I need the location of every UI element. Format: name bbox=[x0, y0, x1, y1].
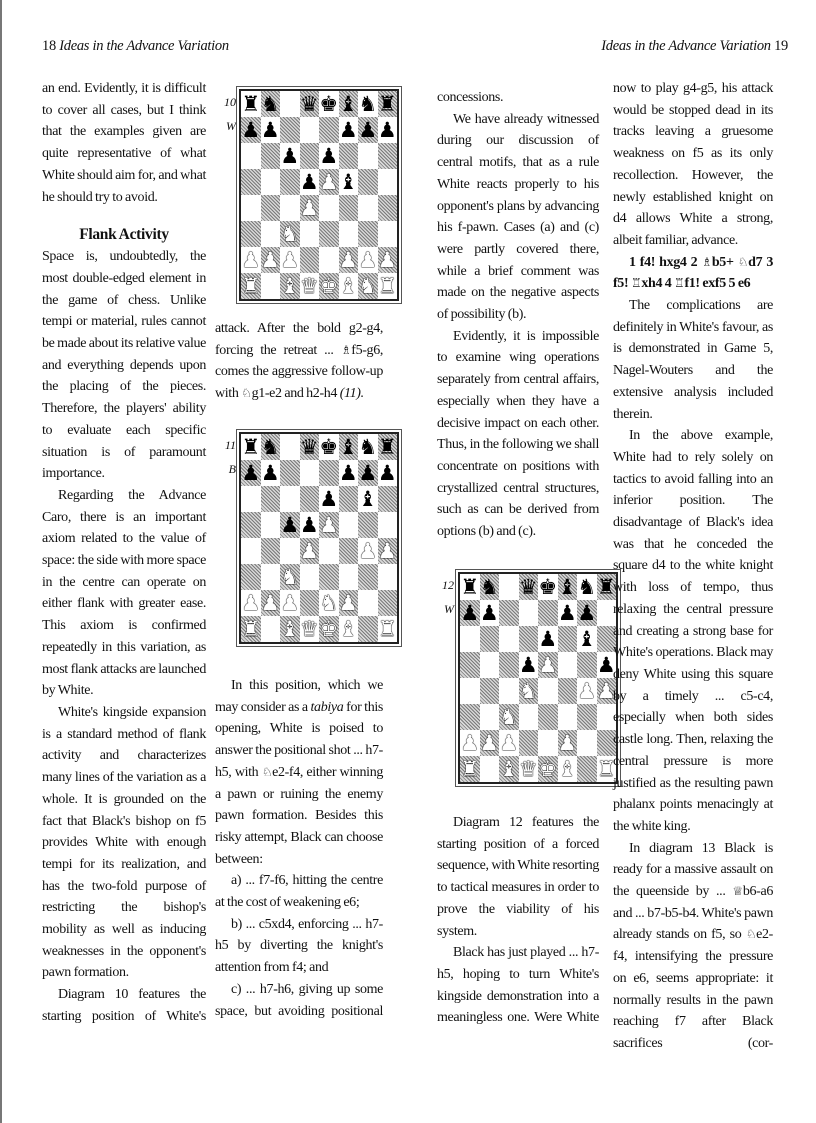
board-square bbox=[358, 221, 378, 247]
right-page-header: Ideas in the Advance Variation 19 bbox=[601, 38, 788, 55]
board-square: ♟ bbox=[558, 730, 578, 756]
board-square bbox=[300, 590, 320, 616]
board-square bbox=[558, 678, 578, 704]
board-square bbox=[261, 273, 281, 299]
white-king-icon: ♚ bbox=[319, 619, 338, 640]
board-square bbox=[378, 143, 398, 169]
board-square: ♞ bbox=[319, 590, 339, 616]
board-square bbox=[519, 600, 539, 626]
board-square bbox=[241, 486, 261, 512]
black-pawn-icon: ♟ bbox=[519, 655, 538, 676]
board-square bbox=[300, 117, 320, 143]
paragraph: The complications are definitely in Whit… bbox=[613, 295, 773, 425]
black-pawn-icon: ♟ bbox=[319, 146, 338, 167]
right-running-title: Ideas in the Advance Variation bbox=[601, 38, 771, 54]
board-square bbox=[241, 538, 261, 564]
right-page-number: 19 bbox=[774, 38, 788, 54]
board-square bbox=[280, 460, 300, 486]
board-square: ♞ bbox=[280, 221, 300, 247]
board-square: ♟ bbox=[339, 590, 359, 616]
board-square bbox=[280, 91, 300, 117]
section-heading: Flank Activity bbox=[42, 224, 206, 246]
board-square: ♟ bbox=[300, 538, 320, 564]
black-pawn-icon: ♟ bbox=[261, 120, 280, 141]
paragraph: We have already witnessed during our dis… bbox=[437, 109, 599, 326]
knight-figurine-icon: ♘ bbox=[738, 255, 748, 269]
board-square: ♟ bbox=[378, 247, 398, 273]
board-square bbox=[577, 756, 597, 782]
black-pawn-icon: ♟ bbox=[378, 463, 397, 484]
black-pawn-icon: ♟ bbox=[241, 463, 260, 484]
board-square: ♚ bbox=[319, 616, 339, 642]
board-square bbox=[339, 486, 359, 512]
white-rook-icon: ♜ bbox=[378, 276, 397, 297]
chess-board: ♜♞♛♚♝♞♜♟♟♟♟♟♟♟♟♟♝♟♞♟♟♟♟♟♟♜♝♛♚♝♞♜ bbox=[239, 89, 399, 301]
white-queen-icon: ♛ bbox=[519, 759, 538, 780]
board-square: ♝ bbox=[558, 574, 578, 600]
board-square bbox=[261, 143, 281, 169]
board-square bbox=[358, 169, 378, 195]
black-pawn-icon: ♟ bbox=[319, 489, 338, 510]
diagram-to-move: W bbox=[222, 115, 236, 137]
white-rook-icon: ♜ bbox=[460, 759, 479, 780]
white-bishop-icon: ♝ bbox=[499, 759, 518, 780]
board-square: ♟ bbox=[577, 600, 597, 626]
board-square bbox=[499, 626, 519, 652]
board-square: ♟ bbox=[241, 117, 261, 143]
board-square: ♝ bbox=[339, 169, 359, 195]
board-square: ♞ bbox=[577, 574, 597, 600]
black-king-icon: ♚ bbox=[538, 577, 557, 598]
board-square: ♟ bbox=[319, 169, 339, 195]
board-square bbox=[378, 590, 398, 616]
board-square bbox=[460, 652, 480, 678]
diagram-number: 11 bbox=[222, 434, 236, 456]
column-3-bottom: Diagram 12 features the starting positio… bbox=[437, 812, 599, 1029]
white-pawn-icon: ♟ bbox=[339, 593, 358, 614]
board-square: ♟ bbox=[499, 730, 519, 756]
black-rook-icon: ♜ bbox=[460, 577, 479, 598]
board-square: ♜ bbox=[378, 434, 398, 460]
board-square bbox=[241, 195, 261, 221]
board-square bbox=[261, 195, 281, 221]
board-square: ♞ bbox=[358, 434, 378, 460]
diagram-to-move: B bbox=[222, 458, 236, 480]
black-rook-icon: ♜ bbox=[378, 437, 397, 458]
board-square: ♞ bbox=[280, 564, 300, 590]
board-square: ♞ bbox=[480, 574, 500, 600]
board-square: ♚ bbox=[319, 434, 339, 460]
white-pawn-icon: ♟ bbox=[280, 593, 299, 614]
board-square: ♟ bbox=[538, 626, 558, 652]
board-square bbox=[241, 143, 261, 169]
board-square: ♛ bbox=[300, 434, 320, 460]
board-square: ♟ bbox=[300, 169, 320, 195]
white-pawn-icon: ♟ bbox=[280, 250, 299, 271]
black-pawn-icon: ♟ bbox=[480, 603, 499, 624]
board-square: ♟ bbox=[280, 143, 300, 169]
board-square bbox=[339, 195, 359, 221]
left-page-number: 18 bbox=[42, 38, 56, 54]
black-bishop-icon: ♝ bbox=[558, 577, 577, 598]
board-square bbox=[280, 538, 300, 564]
board-square bbox=[319, 117, 339, 143]
board-square: ♟ bbox=[300, 512, 320, 538]
paragraph: concessions. bbox=[437, 87, 599, 109]
left-running-title: Ideas in the Advance Variation bbox=[59, 38, 229, 54]
board-square: ♛ bbox=[519, 756, 539, 782]
white-pawn-icon: ♟ bbox=[460, 733, 479, 754]
paragraph: In the above example, White had to rely … bbox=[613, 425, 773, 837]
board-square bbox=[480, 652, 500, 678]
option-a: a) ... f7-f6, hitting the centre at the … bbox=[215, 870, 383, 913]
move-sequence: 1 f4! hxg4 2 ♗b5+ ♘d7 3 f5! ♖xh4 4 ♖f1! … bbox=[613, 252, 773, 295]
white-bishop-icon: ♝ bbox=[339, 619, 358, 640]
board-square: ♟ bbox=[261, 117, 281, 143]
board-square bbox=[280, 117, 300, 143]
board-square: ♝ bbox=[577, 626, 597, 652]
board-square bbox=[300, 221, 320, 247]
board-square: ♟ bbox=[480, 730, 500, 756]
white-pawn-icon: ♟ bbox=[558, 733, 577, 754]
board-square: ♟ bbox=[319, 486, 339, 512]
board-square: ♛ bbox=[300, 273, 320, 299]
board-square: ♝ bbox=[339, 273, 359, 299]
board-square bbox=[358, 590, 378, 616]
black-queen-icon: ♛ bbox=[300, 94, 319, 115]
board-square: ♝ bbox=[358, 486, 378, 512]
black-knight-icon: ♞ bbox=[358, 437, 377, 458]
board-square bbox=[358, 195, 378, 221]
board-square bbox=[378, 512, 398, 538]
board-square bbox=[577, 652, 597, 678]
board-square bbox=[558, 652, 578, 678]
board-square bbox=[300, 247, 320, 273]
board-square bbox=[241, 169, 261, 195]
black-rook-icon: ♜ bbox=[241, 437, 260, 458]
board-square bbox=[261, 169, 281, 195]
board-square: ♜ bbox=[241, 273, 261, 299]
bishop-figurine-icon: ♗ bbox=[701, 255, 711, 269]
white-pawn-icon: ♟ bbox=[378, 541, 397, 562]
board-square: ♟ bbox=[339, 460, 359, 486]
diagram-number: 12 bbox=[440, 574, 454, 596]
board-square: ♝ bbox=[499, 756, 519, 782]
board-square: ♟ bbox=[519, 652, 539, 678]
board-square: ♛ bbox=[300, 91, 320, 117]
board-square bbox=[358, 564, 378, 590]
board-square: ♟ bbox=[480, 600, 500, 626]
white-pawn-icon: ♟ bbox=[300, 198, 319, 219]
white-bishop-icon: ♝ bbox=[558, 759, 577, 780]
white-bishop-icon: ♝ bbox=[280, 276, 299, 297]
black-pawn-icon: ♟ bbox=[577, 603, 596, 624]
board-square bbox=[460, 626, 480, 652]
black-knight-icon: ♞ bbox=[358, 94, 377, 115]
black-bishop-icon: ♝ bbox=[339, 172, 358, 193]
black-king-icon: ♚ bbox=[319, 94, 338, 115]
black-pawn-icon: ♟ bbox=[300, 515, 319, 536]
board-square bbox=[261, 538, 281, 564]
paragraph: an end. Evidently, it is difficult to co… bbox=[42, 78, 206, 208]
board-square bbox=[241, 512, 261, 538]
board-square: ♟ bbox=[558, 600, 578, 626]
board-square bbox=[577, 730, 597, 756]
white-pawn-icon: ♟ bbox=[358, 541, 377, 562]
black-rook-icon: ♜ bbox=[378, 94, 397, 115]
board-square: ♟ bbox=[460, 730, 480, 756]
white-knight-icon: ♞ bbox=[499, 707, 518, 728]
diagram-number: 10 bbox=[222, 91, 236, 113]
board-square: ♚ bbox=[319, 273, 339, 299]
board-square bbox=[519, 626, 539, 652]
white-rook-icon: ♜ bbox=[241, 619, 260, 640]
black-bishop-icon: ♝ bbox=[577, 629, 596, 650]
option-c: c) ... h7-h6, giving up some space, but … bbox=[215, 979, 383, 1022]
chess-board: ♜♞♛♚♝♞♜♟♟♟♟♟♝♟♟♟♞♟♟♞♟♟♟♟♜♝♛♚♝♜ bbox=[458, 572, 618, 784]
board-square: ♜ bbox=[460, 756, 480, 782]
white-pawn-icon: ♟ bbox=[577, 681, 596, 702]
board-square bbox=[480, 626, 500, 652]
black-pawn-icon: ♟ bbox=[358, 463, 377, 484]
board-square: ♟ bbox=[339, 117, 359, 143]
board-square: ♝ bbox=[339, 91, 359, 117]
board-square bbox=[378, 195, 398, 221]
option-b: b) ... c5xd4, enforcing ... h7-h5 by div… bbox=[215, 914, 383, 979]
board-square: ♟ bbox=[358, 247, 378, 273]
board-square: ♜ bbox=[241, 616, 261, 642]
bishop-figurine-icon: ♗ bbox=[341, 343, 351, 357]
board-square bbox=[499, 600, 519, 626]
white-pawn-icon: ♟ bbox=[241, 593, 260, 614]
white-bishop-icon: ♝ bbox=[339, 276, 358, 297]
queen-figurine-icon: ♕ bbox=[732, 884, 742, 898]
board-square bbox=[300, 486, 320, 512]
board-square bbox=[241, 221, 261, 247]
column-4: now to play g4-g5, his attack would be s… bbox=[613, 78, 773, 1055]
paragraph: In this position, which we may consider … bbox=[215, 675, 383, 870]
white-pawn-icon: ♟ bbox=[378, 250, 397, 271]
column-2-bottom: In this position, which we may consider … bbox=[215, 675, 383, 1022]
board-square: ♟ bbox=[339, 247, 359, 273]
board-square: ♝ bbox=[558, 756, 578, 782]
black-pawn-icon: ♟ bbox=[558, 603, 577, 624]
board-square bbox=[538, 678, 558, 704]
board-square bbox=[339, 512, 359, 538]
board-square bbox=[300, 564, 320, 590]
board-square bbox=[499, 652, 519, 678]
board-square bbox=[577, 704, 597, 730]
board-square: ♟ bbox=[241, 247, 261, 273]
board-square: ♟ bbox=[358, 460, 378, 486]
white-pawn-icon: ♟ bbox=[499, 733, 518, 754]
board-square: ♜ bbox=[460, 574, 480, 600]
board-square bbox=[378, 486, 398, 512]
paragraph: Space is, undoubtedly, the most double-e… bbox=[42, 246, 206, 485]
black-pawn-icon: ♟ bbox=[261, 463, 280, 484]
black-knight-icon: ♞ bbox=[577, 577, 596, 598]
board-square bbox=[319, 564, 339, 590]
board-square bbox=[280, 169, 300, 195]
board-square: ♟ bbox=[241, 590, 261, 616]
board-square: ♞ bbox=[358, 273, 378, 299]
paragraph: White's kingside expansion is a standard… bbox=[42, 702, 206, 984]
black-bishop-icon: ♝ bbox=[339, 94, 358, 115]
black-pawn-icon: ♟ bbox=[460, 603, 479, 624]
chess-board: ♜♞♛♚♝♞♜♟♟♟♟♟♟♝♟♟♟♟♟♟♞♟♟♟♞♟♜♝♛♚♝♜ bbox=[239, 432, 399, 644]
board-square bbox=[519, 730, 539, 756]
knight-figurine-icon: ♘ bbox=[241, 386, 251, 400]
white-knight-icon: ♞ bbox=[519, 681, 538, 702]
black-pawn-icon: ♟ bbox=[339, 463, 358, 484]
white-pawn-icon: ♟ bbox=[480, 733, 499, 754]
paragraph: Diagram 12 features the starting positio… bbox=[437, 812, 599, 942]
board-square: ♛ bbox=[519, 574, 539, 600]
left-page-header: 18 Ideas in the Advance Variation bbox=[42, 38, 229, 55]
board-square bbox=[378, 564, 398, 590]
board-square bbox=[519, 704, 539, 730]
board-square bbox=[460, 678, 480, 704]
white-rook-icon: ♜ bbox=[241, 276, 260, 297]
black-knight-icon: ♞ bbox=[261, 94, 280, 115]
column-2-top: attack. After the bold g2-g4, forcing th… bbox=[215, 318, 383, 405]
board-square: ♟ bbox=[280, 512, 300, 538]
white-pawn-icon: ♟ bbox=[358, 250, 377, 271]
board-square: ♞ bbox=[519, 678, 539, 704]
board-square: ♜ bbox=[378, 616, 398, 642]
column-1: an end. Evidently, it is difficult to co… bbox=[42, 78, 206, 1028]
board-square bbox=[261, 564, 281, 590]
knight-figurine-icon: ♘ bbox=[746, 927, 756, 941]
white-knight-icon: ♞ bbox=[319, 593, 338, 614]
board-square: ♝ bbox=[339, 616, 359, 642]
board-square: ♟ bbox=[241, 460, 261, 486]
board-square bbox=[480, 678, 500, 704]
white-knight-icon: ♞ bbox=[280, 567, 299, 588]
black-pawn-icon: ♟ bbox=[300, 172, 319, 193]
white-queen-icon: ♛ bbox=[300, 619, 319, 640]
board-square bbox=[319, 221, 339, 247]
black-pawn-icon: ♟ bbox=[241, 120, 260, 141]
board-square: ♟ bbox=[577, 678, 597, 704]
board-square bbox=[558, 704, 578, 730]
paragraph: Evidently, it is impossible to examine w… bbox=[437, 326, 599, 543]
board-square bbox=[319, 538, 339, 564]
board-square: ♟ bbox=[378, 117, 398, 143]
board-square bbox=[378, 169, 398, 195]
board-square: ♛ bbox=[300, 616, 320, 642]
board-square: ♟ bbox=[378, 538, 398, 564]
board-square bbox=[558, 626, 578, 652]
diagram-to-move: W bbox=[440, 598, 454, 620]
board-square: ♟ bbox=[300, 195, 320, 221]
board-square bbox=[300, 460, 320, 486]
board-square bbox=[339, 143, 359, 169]
column-3-top: concessions. We have already witnessed d… bbox=[437, 87, 599, 543]
board-square bbox=[339, 564, 359, 590]
paragraph: Diagram 10 features the starting positio… bbox=[42, 984, 206, 1027]
black-queen-icon: ♛ bbox=[300, 437, 319, 458]
board-square: ♟ bbox=[378, 460, 398, 486]
board-square bbox=[319, 460, 339, 486]
knight-figurine-icon: ♘ bbox=[262, 765, 272, 779]
board-square bbox=[339, 221, 359, 247]
board-square: ♝ bbox=[280, 616, 300, 642]
paragraph: Black has just played ... h7-h5, hoping … bbox=[437, 942, 599, 1029]
black-bishop-icon: ♝ bbox=[339, 437, 358, 458]
board-square bbox=[241, 564, 261, 590]
black-pawn-icon: ♟ bbox=[378, 120, 397, 141]
white-king-icon: ♚ bbox=[538, 759, 557, 780]
white-bishop-icon: ♝ bbox=[280, 619, 299, 640]
board-square: ♟ bbox=[358, 117, 378, 143]
board-square bbox=[378, 221, 398, 247]
board-square: ♚ bbox=[319, 91, 339, 117]
white-knight-icon: ♞ bbox=[280, 224, 299, 245]
board-square bbox=[300, 143, 320, 169]
rook-figurine-icon: ♖ bbox=[631, 276, 641, 290]
paragraph: Regarding the Advance Caro, there is an … bbox=[42, 485, 206, 702]
white-rook-icon: ♜ bbox=[378, 619, 397, 640]
board-square: ♜ bbox=[378, 91, 398, 117]
black-knight-icon: ♞ bbox=[480, 577, 499, 598]
black-pawn-icon: ♟ bbox=[280, 515, 299, 536]
black-pawn-icon: ♟ bbox=[339, 120, 358, 141]
board-square bbox=[538, 600, 558, 626]
paragraph: In diagram 13 Black is ready for a massi… bbox=[613, 838, 773, 1055]
board-square: ♞ bbox=[261, 434, 281, 460]
board-square: ♟ bbox=[319, 512, 339, 538]
white-pawn-icon: ♟ bbox=[261, 250, 280, 271]
board-square: ♚ bbox=[538, 756, 558, 782]
board-square: ♝ bbox=[339, 434, 359, 460]
board-square bbox=[280, 195, 300, 221]
board-square bbox=[261, 512, 281, 538]
white-pawn-icon: ♟ bbox=[261, 593, 280, 614]
board-square: ♟ bbox=[261, 460, 281, 486]
black-pawn-icon: ♟ bbox=[280, 146, 299, 167]
board-square bbox=[261, 221, 281, 247]
board-square bbox=[319, 195, 339, 221]
board-square bbox=[261, 486, 281, 512]
board-square: ♜ bbox=[241, 434, 261, 460]
black-rook-icon: ♜ bbox=[241, 94, 260, 115]
board-square bbox=[280, 434, 300, 460]
board-square bbox=[480, 756, 500, 782]
board-square: ♟ bbox=[261, 247, 281, 273]
board-square bbox=[480, 704, 500, 730]
white-pawn-icon: ♟ bbox=[300, 541, 319, 562]
board-square: ♜ bbox=[241, 91, 261, 117]
black-bishop-icon: ♝ bbox=[358, 489, 377, 510]
board-square bbox=[319, 247, 339, 273]
white-king-icon: ♚ bbox=[319, 276, 338, 297]
black-knight-icon: ♞ bbox=[261, 437, 280, 458]
white-knight-icon: ♞ bbox=[358, 276, 377, 297]
paragraph: attack. After the bold g2-g4, forcing th… bbox=[215, 318, 383, 405]
board-square: ♟ bbox=[280, 247, 300, 273]
page-edge bbox=[0, 0, 2, 1123]
board-square: ♟ bbox=[538, 652, 558, 678]
board-square: ♚ bbox=[538, 574, 558, 600]
rook-figurine-icon: ♖ bbox=[674, 276, 684, 290]
white-queen-icon: ♛ bbox=[300, 276, 319, 297]
board-square: ♞ bbox=[499, 704, 519, 730]
board-square: ♞ bbox=[261, 91, 281, 117]
board-square bbox=[358, 143, 378, 169]
board-square: ♟ bbox=[280, 590, 300, 616]
board-square: ♝ bbox=[280, 273, 300, 299]
